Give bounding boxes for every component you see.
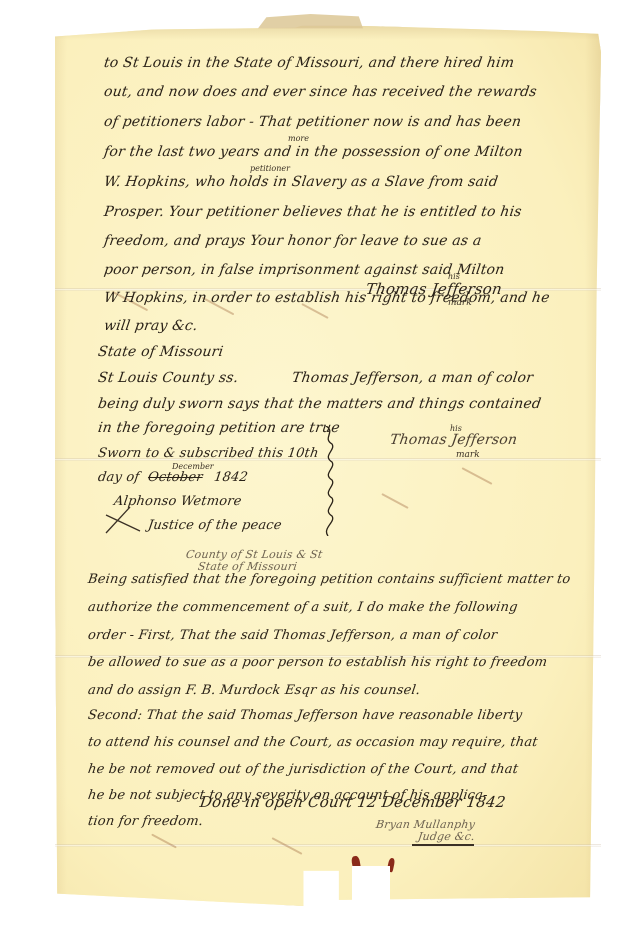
petition-line: for the last two years and in the posses…	[103, 144, 524, 160]
signature-mark-label: mark	[456, 450, 480, 460]
petition-line: W. Hopkins, who holds in Slavery as a Sl…	[103, 174, 499, 190]
affidavit-county: St Louis County ss.	[97, 370, 240, 386]
petition-line: of petitioners labor - That petitioner n…	[103, 114, 522, 130]
done-in-open-court: Done in open Court 12 December 1842	[199, 793, 507, 811]
signature-his: his	[448, 272, 460, 281]
petition-line: Prosper. Your petitioner believes that h…	[103, 204, 523, 220]
affidavit-line: being duly sworn says that the matters a…	[97, 396, 542, 412]
judge-underline	[412, 844, 474, 846]
judge-title: Judge &c.	[417, 830, 476, 843]
fold-line	[55, 844, 601, 847]
insertion-petitioner: petitioner	[250, 164, 290, 173]
signature-name: Thomas Jefferson	[389, 432, 518, 448]
order-line: he be not removed out of the jurisdictio…	[87, 762, 519, 777]
petition-line: will pray &c.	[103, 318, 199, 334]
justice-title: Justice of the peace	[147, 518, 283, 533]
order-line: and do assign F. B. Murdock Esqr as his …	[87, 683, 421, 698]
signature-name: Thomas Jefferson	[365, 280, 503, 298]
order-line: to attend his counsel and the Court, as …	[87, 735, 539, 750]
torn-top-edge	[258, 14, 363, 30]
order-line: be allowed to sue as a poor person to es…	[87, 655, 548, 670]
affidavit-state: State of Missouri	[97, 344, 224, 360]
signature-mark-label: mark	[448, 298, 472, 308]
order-line: Being satisfied that the foregoing petit…	[87, 572, 572, 587]
signature-his: his	[450, 424, 462, 433]
petition-line: out, and now does and ever since has rec…	[103, 84, 538, 100]
sworn-year: 1842	[213, 470, 249, 485]
bracket-squiggle	[322, 426, 336, 536]
inserted-month: December	[172, 462, 214, 471]
insertion-more: more	[288, 134, 309, 143]
order-line: authorize the commencement of a suit, I …	[87, 600, 519, 615]
order-line: order - First, That the said Thomas Jeff…	[87, 628, 498, 643]
petition-line: freedom, and prays Your honor for leave …	[103, 233, 483, 249]
order-line: tion for freedom.	[87, 814, 204, 829]
order-line: Second: That the said Thomas Jefferson h…	[87, 708, 523, 723]
struck-month: October	[147, 470, 204, 485]
torn-seal-notch	[352, 866, 390, 910]
affidavit-line: in the foregoing petition are true	[97, 420, 341, 436]
petition-line: to St Louis in the State of Missouri, an…	[103, 55, 515, 71]
affidavit-line: Thomas Jefferson, a man of color	[291, 370, 534, 386]
x-mark-icon	[104, 505, 142, 535]
sworn-line: Sworn to & subscribed this 10th	[97, 446, 320, 461]
sworn-day-prefix: day of	[97, 470, 140, 485]
petition-line: poor person, in false imprisonment again…	[103, 262, 506, 278]
